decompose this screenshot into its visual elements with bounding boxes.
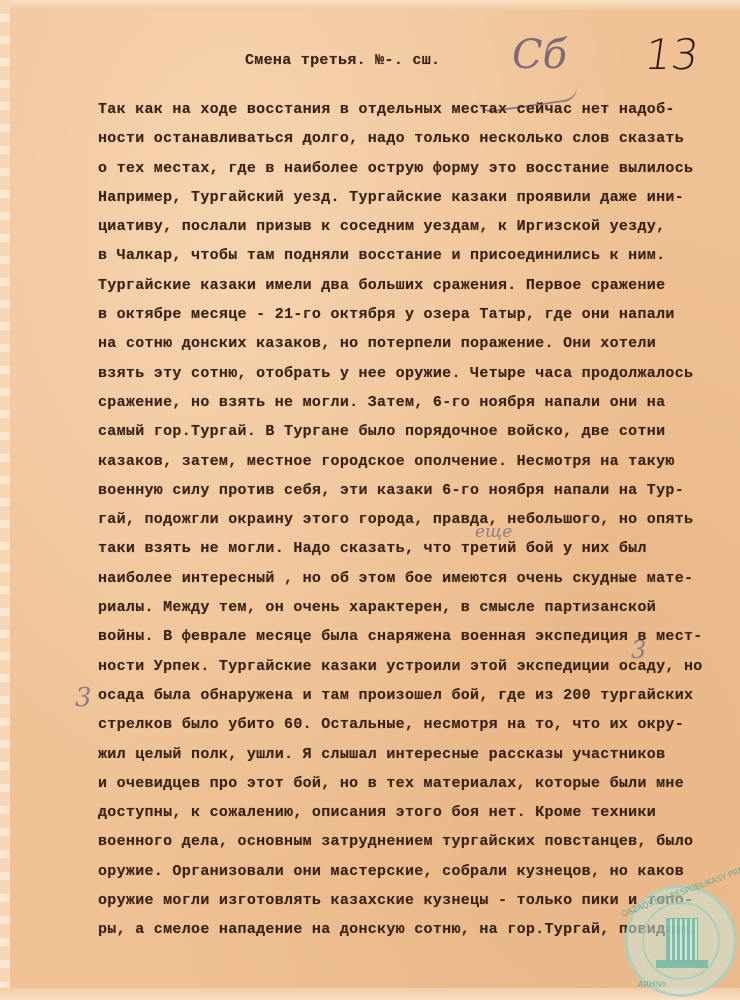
text-line: в октябре месяце - 21-го октября у озера… <box>98 300 703 329</box>
page-number: 13 <box>642 30 702 79</box>
text-line: Тургайские казаки имели два больших сраж… <box>98 271 703 300</box>
handwritten-insert-note: еще <box>475 522 512 542</box>
archive-stamp: QAZAQSTAN RESPUBLIKASY PREZIDENTINIŃ ARH… <box>625 885 737 997</box>
text-line: таки взять не могли. Надо сказать, что т… <box>98 534 703 563</box>
handwritten-scribble: Сб <box>512 32 567 78</box>
text-line: Например, Тургайский уезд. Тургайские ка… <box>98 183 703 212</box>
text-line: и очевидцев про этот бой, но в тех матер… <box>98 769 703 798</box>
building-base-icon <box>656 960 708 968</box>
text-line: осада была обнаружена и там произошел бо… <box>98 681 703 710</box>
text-line: военного дела, основным затруднением тур… <box>98 827 703 856</box>
scan-edge-bottom <box>0 988 740 1000</box>
text-line: военную силу против себя, эти казаки 6-г… <box>98 476 703 505</box>
text-line: оружие могли изготовлять казахские кузне… <box>98 886 703 915</box>
text-line: ры, а смелое нападение на донскую сотню,… <box>98 915 703 944</box>
text-line: на сотню донских казаков, но потерпели п… <box>98 329 703 358</box>
text-line: стрелков было убито 60. Остальные, несмо… <box>98 710 703 739</box>
text-line: доступны, к сожалению, описания этого бо… <box>98 798 703 827</box>
text-line: самый гор.Тургай. В Тургане было порядоч… <box>98 417 703 446</box>
handwritten-margin-mark: 3 <box>75 683 92 713</box>
text-line: гай, подожгли окраину этого города, прав… <box>98 505 703 534</box>
text-line: жил целый полк, ушли. Я слышал интересны… <box>98 740 703 769</box>
text-line: оружие. Организовали они мастерские, соб… <box>98 857 703 886</box>
document-body: Так как на ходе восстания в отдельных ме… <box>98 95 703 945</box>
handwritten-inline-mark: 3 <box>631 636 646 664</box>
text-line: сражение, но взять не могли. Затем, 6-го… <box>98 388 703 417</box>
text-line: в Чалкар, чтобы там подняли восстание и … <box>98 241 703 270</box>
text-line: циативу, послали призыв к соседним уезда… <box>98 212 703 241</box>
text-line: ности останавливаться долго, надо только… <box>98 124 703 153</box>
text-line: войны. В феврале месяце была снаряжена в… <box>98 622 703 651</box>
text-line: казаков, затем, местное городское ополче… <box>98 447 703 476</box>
scan-edge-top <box>0 0 740 10</box>
building-icon <box>666 918 698 962</box>
text-line: взять эту сотню, отобрать у нее оружие. … <box>98 359 703 388</box>
scan-edge-left <box>0 0 10 1000</box>
text-line: наиболее интересный , но об этом бое име… <box>98 564 703 593</box>
text-line: ности Урпек. Тургайские казаки устроили … <box>98 652 703 681</box>
text-line: Так как на ходе восстания в отдельных ме… <box>98 95 703 124</box>
stamp-text-bottom: ARHIVI <box>638 980 665 989</box>
text-line: о тех местах, где в наиболее острую форм… <box>98 154 703 183</box>
text-line: риалы. Между тем, он очень характерен, в… <box>98 593 703 622</box>
document-heading: Смена третья. №-. сш. <box>245 52 440 69</box>
